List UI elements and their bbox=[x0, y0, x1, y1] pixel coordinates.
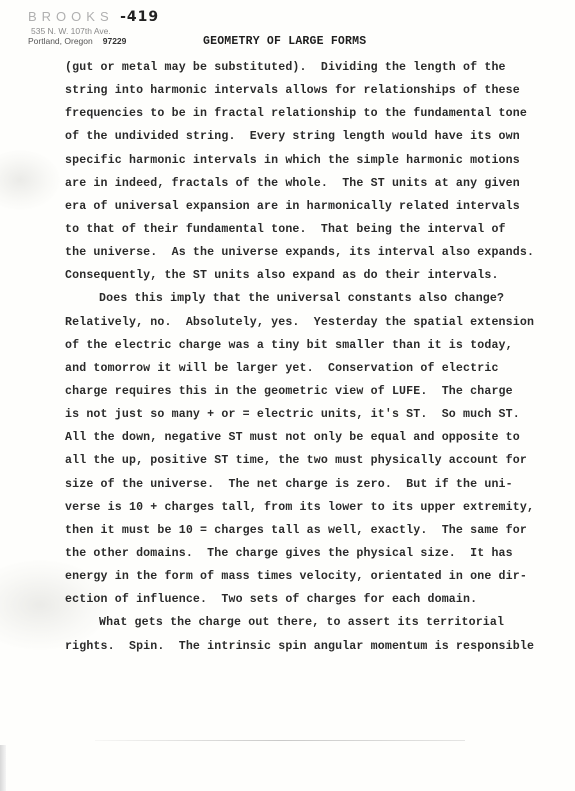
text-line: What gets the charge out there, to asser… bbox=[65, 611, 535, 634]
stamp-city-line: Portland, Oregon97229 bbox=[28, 36, 198, 47]
text-line: Consequently, the ST units also expand a… bbox=[65, 264, 535, 287]
text-line: charge requires this in the geometric vi… bbox=[65, 380, 535, 403]
text-line: (gut or metal may be substituted). Divid… bbox=[65, 56, 535, 79]
text-line: and tomorrow it will be larger yet. Cons… bbox=[65, 357, 535, 380]
text-line: string into harmonic intervals allows fo… bbox=[65, 79, 535, 102]
text-line: are in indeed, fractals of the whole. Th… bbox=[65, 172, 535, 195]
body-text: (gut or metal may be substituted). Divid… bbox=[65, 56, 535, 658]
text-line: All the down, negative ST must not only … bbox=[65, 426, 535, 449]
footer-rule bbox=[95, 740, 465, 741]
stamp-name: BROOKS bbox=[28, 9, 114, 24]
text-line: verse is 10 + charges tall, from its low… bbox=[65, 496, 535, 519]
text-line: energy in the form of mass times velocit… bbox=[65, 565, 535, 588]
stamp-street: 535 N. W. 107th Ave. bbox=[31, 26, 198, 36]
text-line: of the electric charge was a tiny bit sm… bbox=[65, 334, 535, 357]
text-line: the other domains. The charge gives the … bbox=[65, 542, 535, 565]
text-line: frequencies to be in fractal relationshi… bbox=[65, 102, 535, 125]
paper-smudge bbox=[0, 150, 60, 210]
text-line: size of the universe. The net charge is … bbox=[65, 473, 535, 496]
stamp-city: Portland, Oregon bbox=[28, 36, 93, 46]
address-stamp: BROOKS -419 535 N. W. 107th Ave. Portlan… bbox=[28, 8, 198, 47]
text-line: specific harmonic intervals in which the… bbox=[65, 149, 535, 172]
text-line: Relatively, no. Absolutely, yes. Yesterd… bbox=[65, 311, 535, 334]
document-page: BROOKS -419 535 N. W. 107th Ave. Portlan… bbox=[0, 0, 575, 791]
text-line: the universe. As the universe expands, i… bbox=[65, 241, 535, 264]
text-line: then it must be 10 = charges tall as wel… bbox=[65, 519, 535, 542]
text-line: ection of influence. Two sets of charges… bbox=[65, 588, 535, 611]
text-line: is not just so many + or = electric unit… bbox=[65, 403, 535, 426]
text-line: rights. Spin. The intrinsic spin angular… bbox=[65, 635, 535, 658]
text-line: of the undivided string. Every string le… bbox=[65, 125, 535, 148]
text-line: era of universal expansion are in harmon… bbox=[65, 195, 535, 218]
page-title: GEOMETRY OF LARGE FORMS bbox=[203, 35, 366, 48]
text-line: to that of their fundamental tone. That … bbox=[65, 218, 535, 241]
text-line: Does this imply that the universal const… bbox=[65, 287, 535, 310]
scan-edge-shadow bbox=[0, 745, 6, 791]
stamp-zip: 97229 bbox=[103, 36, 127, 46]
text-line: all the up, positive ST time, the two mu… bbox=[65, 449, 535, 472]
handwritten-number: -419 bbox=[120, 9, 159, 25]
